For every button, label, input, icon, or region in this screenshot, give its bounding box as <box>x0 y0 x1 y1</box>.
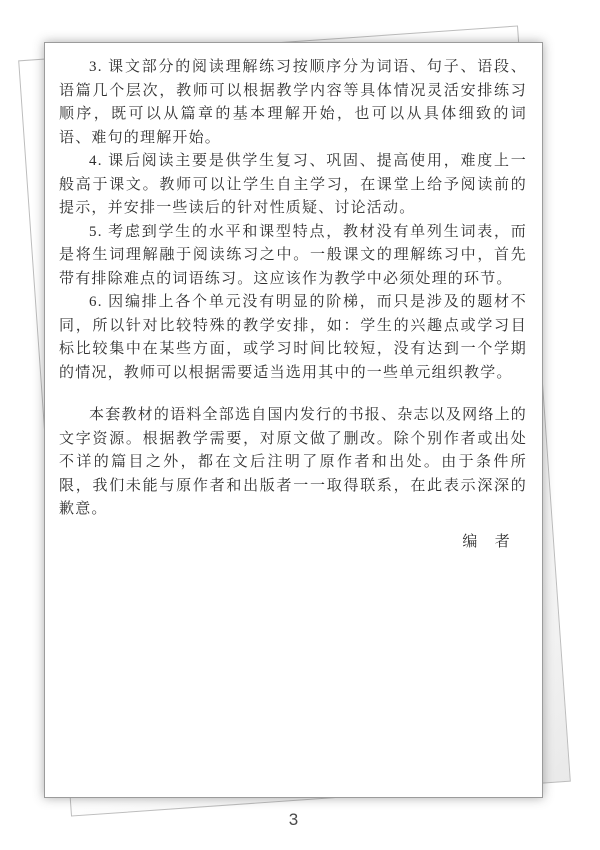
page-content: 3. 课文部分的阅读理解练习按顺序分为词语、句子、语段、语篇几个层次，教师可以根… <box>45 43 542 554</box>
page-stack: 3. 课文部分的阅读理解练习按顺序分为词语、句子、语段、语篇几个层次，教师可以根… <box>0 0 600 850</box>
paragraph-5: 5. 考虑到学生的水平和课型特点，教材没有单列生词表，而是将生词理解融于阅读练习… <box>59 221 527 292</box>
editor-signature: 编 者 <box>59 531 527 555</box>
closing-paragraph: 本套教材的语料全部选自国内发行的书报、杂志以及网络上的文字资源。根据教学需要，对… <box>59 404 527 522</box>
paragraph-3: 3. 课文部分的阅读理解练习按顺序分为词语、句子、语段、语篇几个层次，教师可以根… <box>59 56 527 150</box>
paragraph-6: 6. 因编排上各个单元没有明显的阶梯，而只是涉及的题材不同，所以针对比较特殊的教… <box>59 291 527 385</box>
page-number: 3 <box>44 810 543 830</box>
document-page: 3. 课文部分的阅读理解练习按顺序分为词语、句子、语段、语篇几个层次，教师可以根… <box>44 42 543 798</box>
paragraph-4: 4. 课后阅读主要是供学生复习、巩固、提高使用，难度上一般高于课文。教师可以让学… <box>59 150 527 221</box>
